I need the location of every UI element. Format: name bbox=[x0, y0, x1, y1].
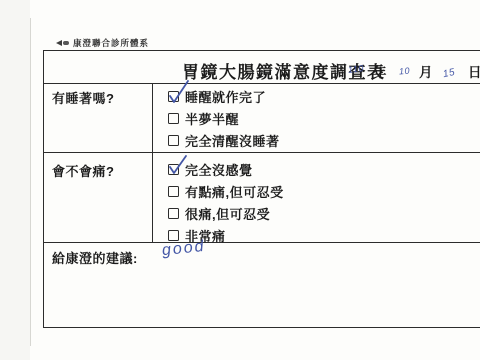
checkbox bbox=[168, 113, 179, 124]
clinic-brand: 康澄聯合診所體系 bbox=[56, 37, 149, 49]
handwritten-month: 10 bbox=[399, 66, 411, 77]
handwritten-day: 15 bbox=[442, 67, 456, 80]
month-label: 月 bbox=[419, 61, 433, 81]
option-label: 睡醒就作完了 bbox=[185, 87, 266, 106]
option-label: 完全沒感覺 bbox=[185, 160, 253, 179]
checkbox bbox=[168, 208, 179, 219]
paper-edge-line bbox=[30, 18, 31, 346]
table-column-divider bbox=[152, 84, 153, 242]
suggestion-label: 給康澄的建議: bbox=[52, 248, 138, 267]
handwritten-suggestion: good bbox=[161, 238, 206, 260]
option-row: 完全清醒沒睡著 bbox=[168, 132, 280, 148]
checkbox bbox=[168, 164, 179, 175]
table-row-divider bbox=[44, 83, 480, 84]
clinic-brand-text: 康澄聯合診所體系 bbox=[73, 37, 149, 49]
option-row: 完全沒感覺 bbox=[168, 161, 253, 177]
swoosh-arrow-icon bbox=[56, 40, 69, 47]
checkbox bbox=[168, 91, 179, 102]
option-row: 很痛,但可忍受 bbox=[168, 205, 270, 221]
year-label: 年 bbox=[373, 61, 387, 81]
option-label: 半夢半醒 bbox=[185, 109, 239, 128]
option-label: 有點痛,但可忍受 bbox=[185, 182, 284, 201]
question-sleep: 有睡著嗎? bbox=[52, 88, 114, 107]
option-label: 很痛,但可忍受 bbox=[185, 204, 270, 223]
survey-table: 胃鏡大腸鏡滿意度調查表 110 年 10 月 15 日 有睡著嗎? 會不會痛? … bbox=[43, 50, 480, 328]
option-row: 睡醒就作完了 bbox=[168, 88, 266, 104]
checkbox bbox=[168, 186, 179, 197]
table-row-divider bbox=[44, 242, 480, 243]
option-row: 有點痛,但可忍受 bbox=[168, 183, 284, 199]
day-label: 日 bbox=[468, 61, 480, 81]
option-row: 半夢半醒 bbox=[168, 110, 239, 126]
option-label: 完全清醒沒睡著 bbox=[185, 131, 280, 150]
checkbox bbox=[168, 135, 179, 146]
scanned-survey-form: { "brand": { "logo_icon": "swoosh-arrow-… bbox=[0, 0, 480, 360]
question-pain: 會不會痛? bbox=[52, 161, 114, 180]
table-row-divider bbox=[44, 152, 480, 153]
handwritten-year: 110 bbox=[347, 63, 364, 75]
checkbox bbox=[168, 230, 179, 241]
